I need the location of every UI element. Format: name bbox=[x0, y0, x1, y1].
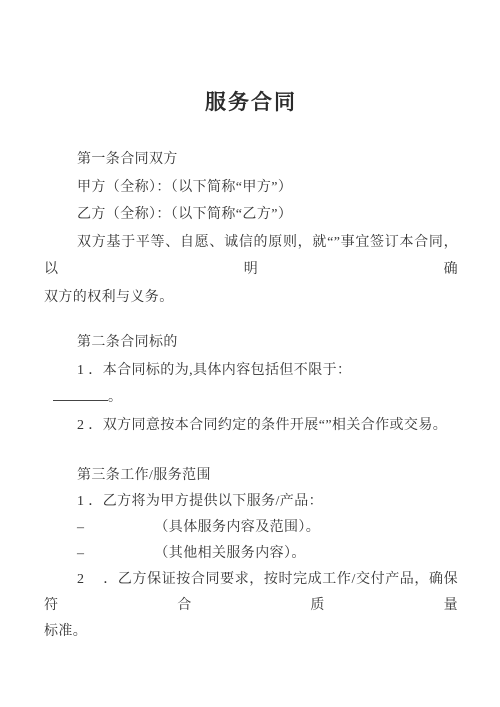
service-bullet-1-text: （具体服务内容及范围）。 bbox=[154, 520, 320, 535]
dash-marker: – bbox=[77, 520, 84, 535]
article1-intro-line-2: 双方的权利与义务。 bbox=[44, 284, 458, 312]
service-bullet-2: –（其他相关服务内容）。 bbox=[44, 541, 458, 567]
page-content: 服务合同 第一条合同双方 甲方（全称）：（以下简称“甲方”） 乙方（全称）：（以… bbox=[44, 0, 458, 645]
article1-section: 第一条合同双方 甲方（全称）：（以下简称“甲方”） 乙方（全称）：（以下简称“乙… bbox=[44, 146, 458, 311]
article3-item-1: 1 ．乙方将为甲方提供以下服务/产品： bbox=[44, 489, 458, 515]
party-b-line: 乙方（全称）：（以下简称“乙方”） bbox=[44, 201, 458, 229]
article2-heading: 第二条合同标的 bbox=[44, 329, 458, 357]
article3-item-2-line-1: 2 ．乙方保证按合同要求，按时完成工作/交付产品，确保符合质量 bbox=[44, 567, 458, 619]
article3-item-2-line-2: 标准。 bbox=[44, 619, 458, 645]
fill-in-blank-suffix: 。 bbox=[108, 390, 122, 405]
article2-item-1: 1 ．本合同标的为,具体内容包括但不限于： bbox=[44, 357, 458, 385]
article2-section: 第二条合同标的 1 ．本合同标的为,具体内容包括但不限于： 。 2 ．双方同意按… bbox=[44, 329, 458, 439]
document-title: 服务合同 bbox=[44, 91, 458, 115]
article2-item-2: 2 ．双方同意按本合同约定的条件开展“”相关合作或交易。 bbox=[44, 412, 458, 440]
article3-heading: 第三条工作/服务范围 bbox=[44, 463, 458, 489]
service-bullet-2-text: （其他相关服务内容）。 bbox=[154, 546, 305, 561]
article3-section: 第三条工作/服务范围 1 ．乙方将为甲方提供以下服务/产品： –（具体服务内容及… bbox=[44, 463, 458, 645]
dash-marker: – bbox=[77, 546, 84, 561]
service-bullet-1: –（具体服务内容及范围）。 bbox=[44, 515, 458, 541]
contract-document-page: 服务合同 第一条合同双方 甲方（全称）：（以下简称“甲方”） 乙方（全称）：（以… bbox=[0, 0, 500, 707]
fill-in-blank-underline bbox=[53, 400, 108, 401]
article1-intro-line-1: 双方基于平等、自愿、诚信的原则，就“”事宜签订本合同，以明确 bbox=[44, 229, 458, 284]
party-a-line: 甲方（全称）：（以下简称“甲方”） bbox=[44, 174, 458, 202]
article1-heading: 第一条合同双方 bbox=[44, 146, 458, 174]
fill-in-blank-line: 。 bbox=[44, 384, 458, 412]
